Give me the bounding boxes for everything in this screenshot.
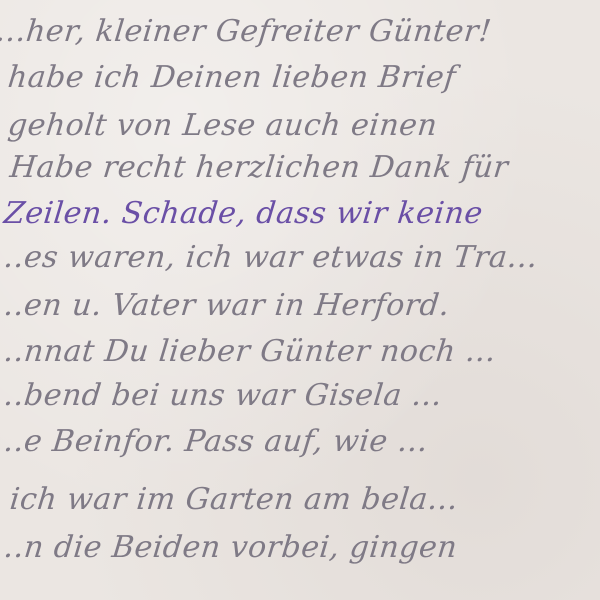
- letter-line-1: ...her, kleiner Gefreiter Günter!: [0, 14, 493, 49]
- letter-line-3: geholt von Lese auch einen: [6, 108, 439, 143]
- letter-line-7: ...en u. Vater war in Herford.: [0, 288, 451, 323]
- letter-line-2: habe ich Deinen lieben Brief: [6, 60, 458, 95]
- letter-line-6: ...es waren, ich war etwas in Tra...: [0, 240, 539, 275]
- letter-line-11: ich war im Garten am bela...: [8, 482, 460, 517]
- letter-line-8: ...nnat Du lieber Günter noch ...: [0, 334, 498, 369]
- letter-line-4: Habe recht herzlichen Dank für: [8, 150, 510, 185]
- letter-line-12: ...n die Beiden vorbei, gingen: [0, 530, 459, 565]
- letter-line-10: ...e Beinfor. Pass auf, wie ...: [0, 424, 430, 459]
- letter-line-9: ...bend bei uns war Gisela ...: [0, 378, 444, 413]
- letter-line-5: Zeilen. Schade, dass wir keine: [2, 196, 484, 231]
